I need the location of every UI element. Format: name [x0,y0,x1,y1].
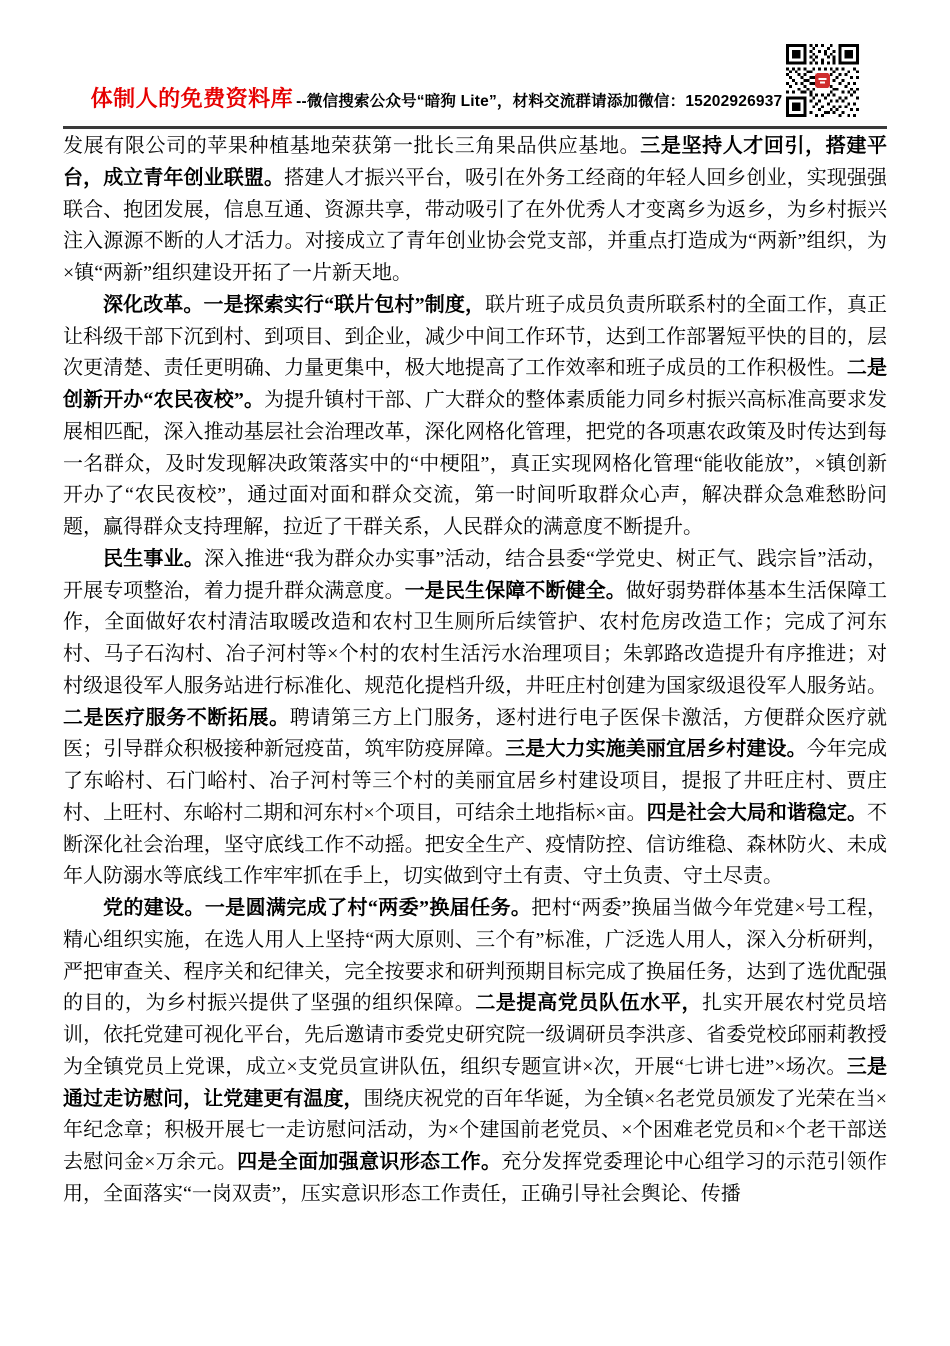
header: 体制人的免费资料库 --微信搜索公众号“暗狗 Lite”，材料交流群请添加微信：… [0,44,950,117]
paragraph-reform: 深化改革。一是探索实行“联片包村”制度，联片班子成员负责所联系村的全面工作，真正… [63,290,887,544]
brand-title: 体制人的免费资料库 [91,82,294,113]
text-run: 一是民生保障不断健全。 [405,580,626,602]
text-run: 为提升镇村干部、广大群众的整体素质能力同乡村振兴高标准高要求发展相匹配，深入推动… [63,389,887,538]
text-run: 四是社会大局和谐稳定。 [647,802,867,824]
qr-code-icon [786,44,859,117]
paragraph-livelihood: 民生事业。深入推进“我为群众办实事”活动，结合县委“学党史、树正气、践宗旨”活动… [63,544,887,893]
header-watermark: 体制人的免费资料库 --微信搜索公众号“暗狗 Lite”，材料交流群请添加微信：… [91,82,783,117]
text-run: 党的建设。一是圆满完成了村“两委”换届任务。 [103,897,531,919]
header-divider [63,126,887,129]
text-run: 四是全面加强意识形态工作。 [237,1151,501,1173]
header-subtitle: --微信搜索公众号“暗狗 Lite”，材料交流群请添加微信：1520292693… [296,89,782,111]
text-run: 二是提高党员队伍水平， [475,992,702,1014]
qr-center-logo [816,73,831,88]
text-run: 二是医疗服务不断拓展。 [63,707,290,729]
text-run: 民生事业。 [103,548,204,570]
paragraph-talent: 发展有限公司的苹果种植基地荣获第一批长三角果品供应基地。三是坚持人才回引，搭建平… [63,131,887,290]
document-page: 体制人的免费资料库 --微信搜索公众号“暗狗 Lite”，材料交流群请添加微信：… [0,0,950,1346]
text-run: 三是大力实施美丽宜居乡村建设。 [505,738,807,760]
document-body: 发展有限公司的苹果种植基地荣获第一批长三角果品供应基地。三是坚持人才回引，搭建平… [63,131,887,1211]
text-run: 深化改革。一是探索实行“联片包村”制度， [103,294,485,316]
paragraph-party-building: 党的建设。一是圆满完成了村“两委”换届任务。把村“两委”换届当做今年党建×号工程… [63,893,887,1211]
text-run: 发展有限公司的苹果种植基地荣获第一批长三角果品供应基地。 [63,135,640,157]
